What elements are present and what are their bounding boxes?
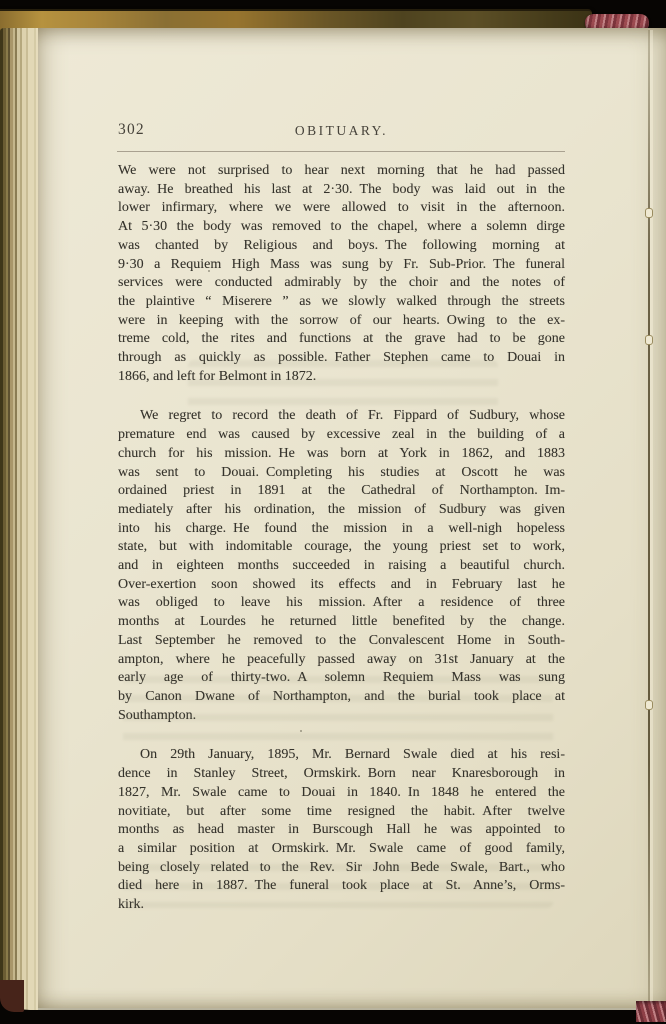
text-line: was chanted by Religious and boys. The f… (118, 237, 565, 256)
text-line: away. He breathed his last at 2·30. The … (118, 181, 565, 200)
ink-showthrough (188, 360, 498, 410)
text-line: ordained priest in 1891 at the Cathedral… (118, 482, 565, 501)
scanned-book-photo: 302 OBITUARY. We were not surprised to h… (0, 0, 666, 1024)
text-line: treme cold, the rites and functions at t… (118, 330, 565, 349)
book-page: 302 OBITUARY. We were not surprised to h… (38, 28, 666, 1010)
page-gutter-highlight (650, 30, 653, 1006)
paragraph: We were not surprised to hear next morni… (118, 162, 565, 386)
dust-speck (208, 270, 210, 272)
dust-speck (300, 730, 302, 732)
text-line: We regret to record the death of Fr. Fip… (118, 407, 565, 426)
text-line: ampton, where he peacefully passed away … (118, 651, 565, 670)
text-line: state, but with indomitable courage, the… (118, 538, 565, 557)
text-line: was obliged to leave his mission. After … (118, 594, 565, 613)
tailband (636, 1001, 666, 1022)
binding-stitch (645, 335, 653, 345)
text-block: We were not surprised to hear next morni… (118, 162, 565, 915)
text-line: We were not surprised to hear next morni… (118, 162, 565, 181)
text-line: 1827, Mr. Swale came to Douai in 1840. I… (118, 784, 565, 803)
text-line: into his charge. He found the mission in… (118, 520, 565, 539)
text-line: At 5·30 the body was removed to the chap… (118, 218, 565, 237)
text-line: On 29th January, 1895, Mr. Bernard Swale… (118, 746, 565, 765)
header-rule (117, 151, 565, 152)
text-line: Over-exertion soon showed its effects an… (118, 576, 565, 595)
text-line: the plaintive “ Miserere ” as we slowly … (118, 293, 565, 312)
text-line: months as head master in Burscough Hall … (118, 821, 565, 840)
text-line: a similar position at Ormskirk. Mr. Swal… (118, 840, 565, 859)
text-line: mediately after his ordination, the miss… (118, 501, 565, 520)
dust-speck (463, 304, 465, 306)
text-line: was sent to Douai. Completing his studie… (118, 464, 565, 483)
text-line: Last September he removed to the Convale… (118, 632, 565, 651)
text-line: months at Lourdes he returned little ben… (118, 613, 565, 632)
binding-stitch (645, 208, 653, 218)
ink-showthrough (123, 676, 553, 748)
text-line: dence in Stanley Street, Ormskirk. Born … (118, 765, 565, 784)
text-line: and in eighteen months succeeded in rais… (118, 557, 565, 576)
text-line: novitiate, but after some time resigned … (118, 803, 565, 822)
text-line: church for his mission. He was born at Y… (118, 445, 565, 464)
text-line: lower infirmary, where we were allowed t… (118, 199, 565, 218)
text-line: were in keeping with the sorrow of our h… (118, 312, 565, 331)
binding-stitch (645, 700, 653, 710)
text-line: services were conducted admirably by the… (118, 274, 565, 293)
cover-corner (0, 980, 24, 1012)
running-head: OBITUARY. (118, 123, 565, 139)
ink-showthrough (123, 864, 553, 908)
text-line: 9·30 a Requiem High Mass was sung by Fr.… (118, 256, 565, 275)
text-line: premature end was caused by excessive ze… (118, 426, 565, 445)
